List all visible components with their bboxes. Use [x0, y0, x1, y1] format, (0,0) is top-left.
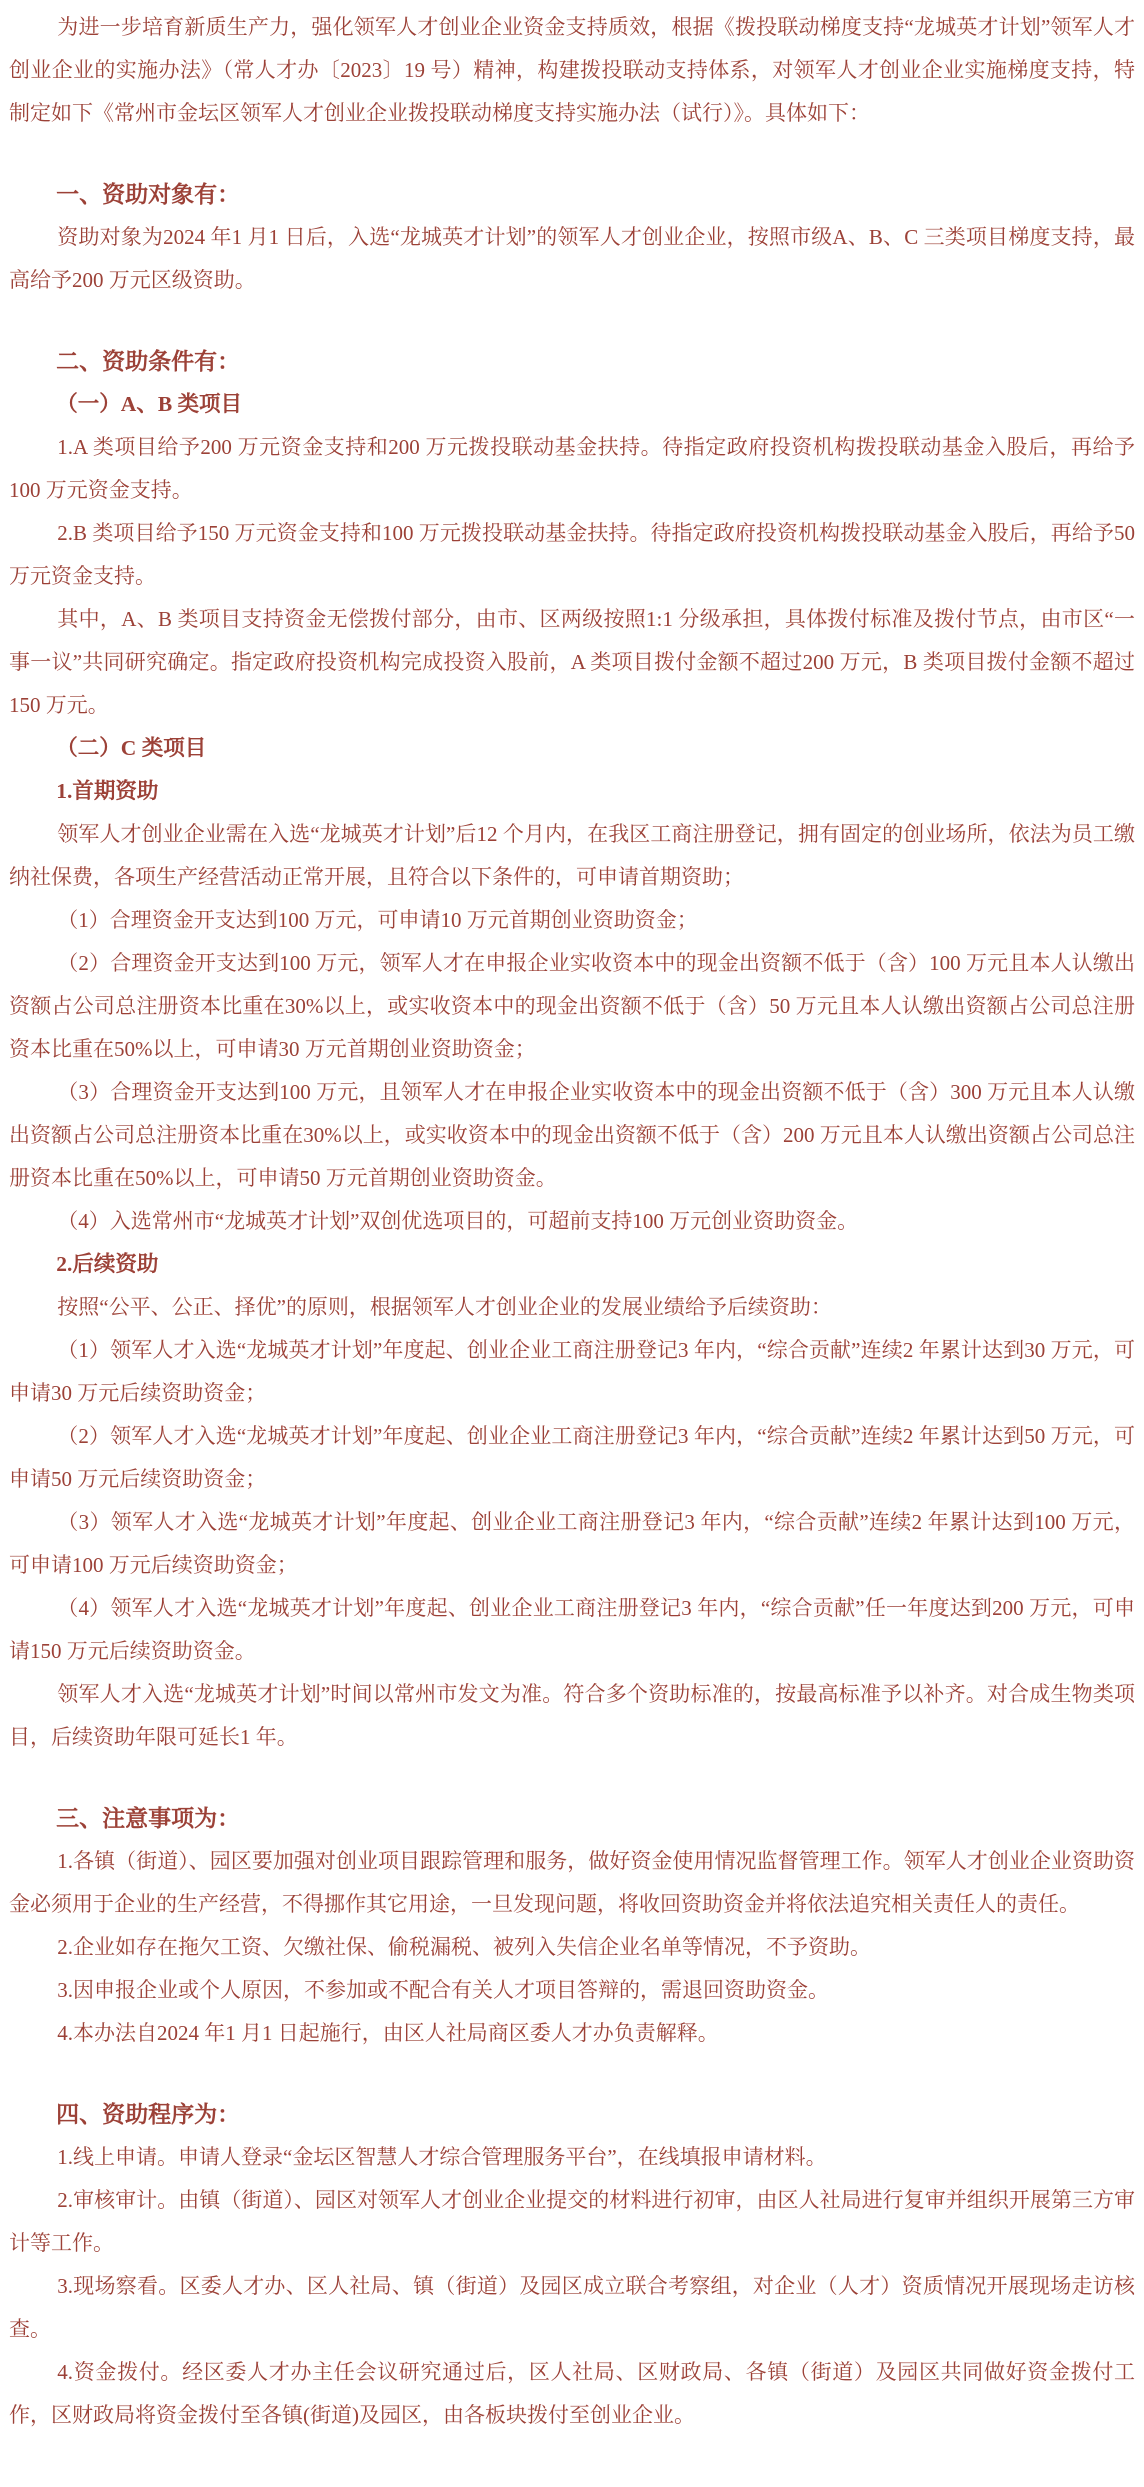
paragraph-funding-targets: 资助对象为2024 年1 月1 日后，入选“龙城英才计划”的领军人才创业企业，按…: [9, 216, 1135, 302]
heading-procedure: 四、资助程序为：: [9, 2092, 1135, 2136]
paragraph-followup-notes: 领军人才入选“龙城英才计划”时间以常州市发文为准。符合多个资助标准的，按最高标准…: [9, 1673, 1135, 1759]
subheading-c-projects: （二）C 类项目: [9, 727, 1135, 770]
intro-paragraph: 为进一步培育新质生产力，强化领军人才创业企业资金支持质效，根据《拨投联动梯度支持…: [9, 6, 1135, 135]
heading-funding-targets: 一、资助对象有：: [9, 172, 1135, 216]
paragraph-initial-item-3: （3）合理资金开支达到100 万元，且领军人才在申报企业实收资本中的现金出资额不…: [9, 1071, 1135, 1200]
paragraph-note-3: 3.因申报企业或个人原因，不参加或不配合有关人才项目答辩的，需退回资助资金。: [9, 1969, 1135, 2012]
paragraph-procedure-1-online-application: 1.线上申请。申请人登录“金坛区智慧人才综合管理服务平台”，在线填报申请材料。: [9, 2136, 1135, 2179]
paragraph-followup-item-1: （1）领军人才入选“龙城英才计划”年度起、创业企业工商注册登记3 年内，“综合贡…: [9, 1329, 1135, 1415]
paragraph-followup-item-3: （3）领军人才入选“龙城英才计划”年度起、创业企业工商注册登记3 年内，“综合贡…: [9, 1501, 1135, 1587]
paragraph-procedure-3-site-visit: 3.现场察看。区委人才办、区人社局、镇（街道）及园区成立联合考察组，对企业（人才…: [9, 2265, 1135, 2351]
paragraph-initial-item-4: （4）入选常州市“龙城英才计划”双创优选项目的，可超前支持100 万元创业资助资…: [9, 1200, 1135, 1243]
paragraph-note-2: 2.企业如存在拖欠工资、欠缴社保、偷税漏税、被列入失信企业名单等情况，不予资助。: [9, 1926, 1135, 1969]
paragraph-note-4: 4.本办法自2024 年1 月1 日起施行，由区人社局商区委人才办负责解释。: [9, 2012, 1135, 2055]
subheading-ab-projects: （一）A、B 类项目: [9, 383, 1135, 426]
heading-funding-conditions: 二、资助条件有：: [9, 339, 1135, 383]
paragraph-followup-principle: 按照“公平、公正、择优”的原则，根据领军人才创业企业的发展业绩给予后续资助：: [9, 1286, 1135, 1329]
subheading-followup-funding: 2.后续资助: [9, 1243, 1135, 1286]
paragraph-note-1: 1.各镇（街道）、园区要加强对创业项目跟踪管理和服务，做好资金使用情况监督管理工…: [9, 1840, 1135, 1926]
paragraph-procedure-4-fund-allocation: 4.资金拨付。经区委人才办主任会议研究通过后，区人社局、区财政局、各镇（街道）及…: [9, 2351, 1135, 2437]
paragraph-initial-item-2: （2）合理资金开支达到100 万元，领军人才在申报企业实收资本中的现金出资额不低…: [9, 942, 1135, 1071]
paragraph-initial-item-1: （1）合理资金开支达到100 万元，可申请10 万元首期创业资助资金；: [9, 899, 1135, 942]
paragraph-ab-allocation-rules: 其中，A、B 类项目支持资金无偿拨付部分，由市、区两级按照1:1 分级承担，具体…: [9, 598, 1135, 727]
paragraph-followup-item-2: （2）领军人才入选“龙城英才计划”年度起、创业企业工商注册登记3 年内，“综合贡…: [9, 1415, 1135, 1501]
subheading-initial-funding: 1.首期资助: [9, 770, 1135, 813]
document-page: 为进一步培育新质生产力，强化领军人才创业企业资金支持质效，根据《拨投联动梯度支持…: [0, 0, 1144, 2487]
paragraph-initial-funding-conditions: 领军人才创业企业需在入选“龙城英才计划”后12 个月内，在我区工商注册登记，拥有…: [9, 813, 1135, 899]
paragraph-procedure-2-review-audit: 2.审核审计。由镇（街道）、园区对领军人才创业企业提交的材料进行初审，由区人社局…: [9, 2179, 1135, 2265]
paragraph-a-project-support: 1.A 类项目给予200 万元资金支持和200 万元拨投联动基金扶持。待指定政府…: [9, 426, 1135, 512]
heading-notes: 三、注意事项为：: [9, 1796, 1135, 1840]
paragraph-followup-item-4: （4）领军人才入选“龙城英才计划”年度起、创业企业工商注册登记3 年内，“综合贡…: [9, 1587, 1135, 1673]
paragraph-b-project-support: 2.B 类项目给予150 万元资金支持和100 万元拨投联动基金扶持。待指定政府…: [9, 512, 1135, 598]
